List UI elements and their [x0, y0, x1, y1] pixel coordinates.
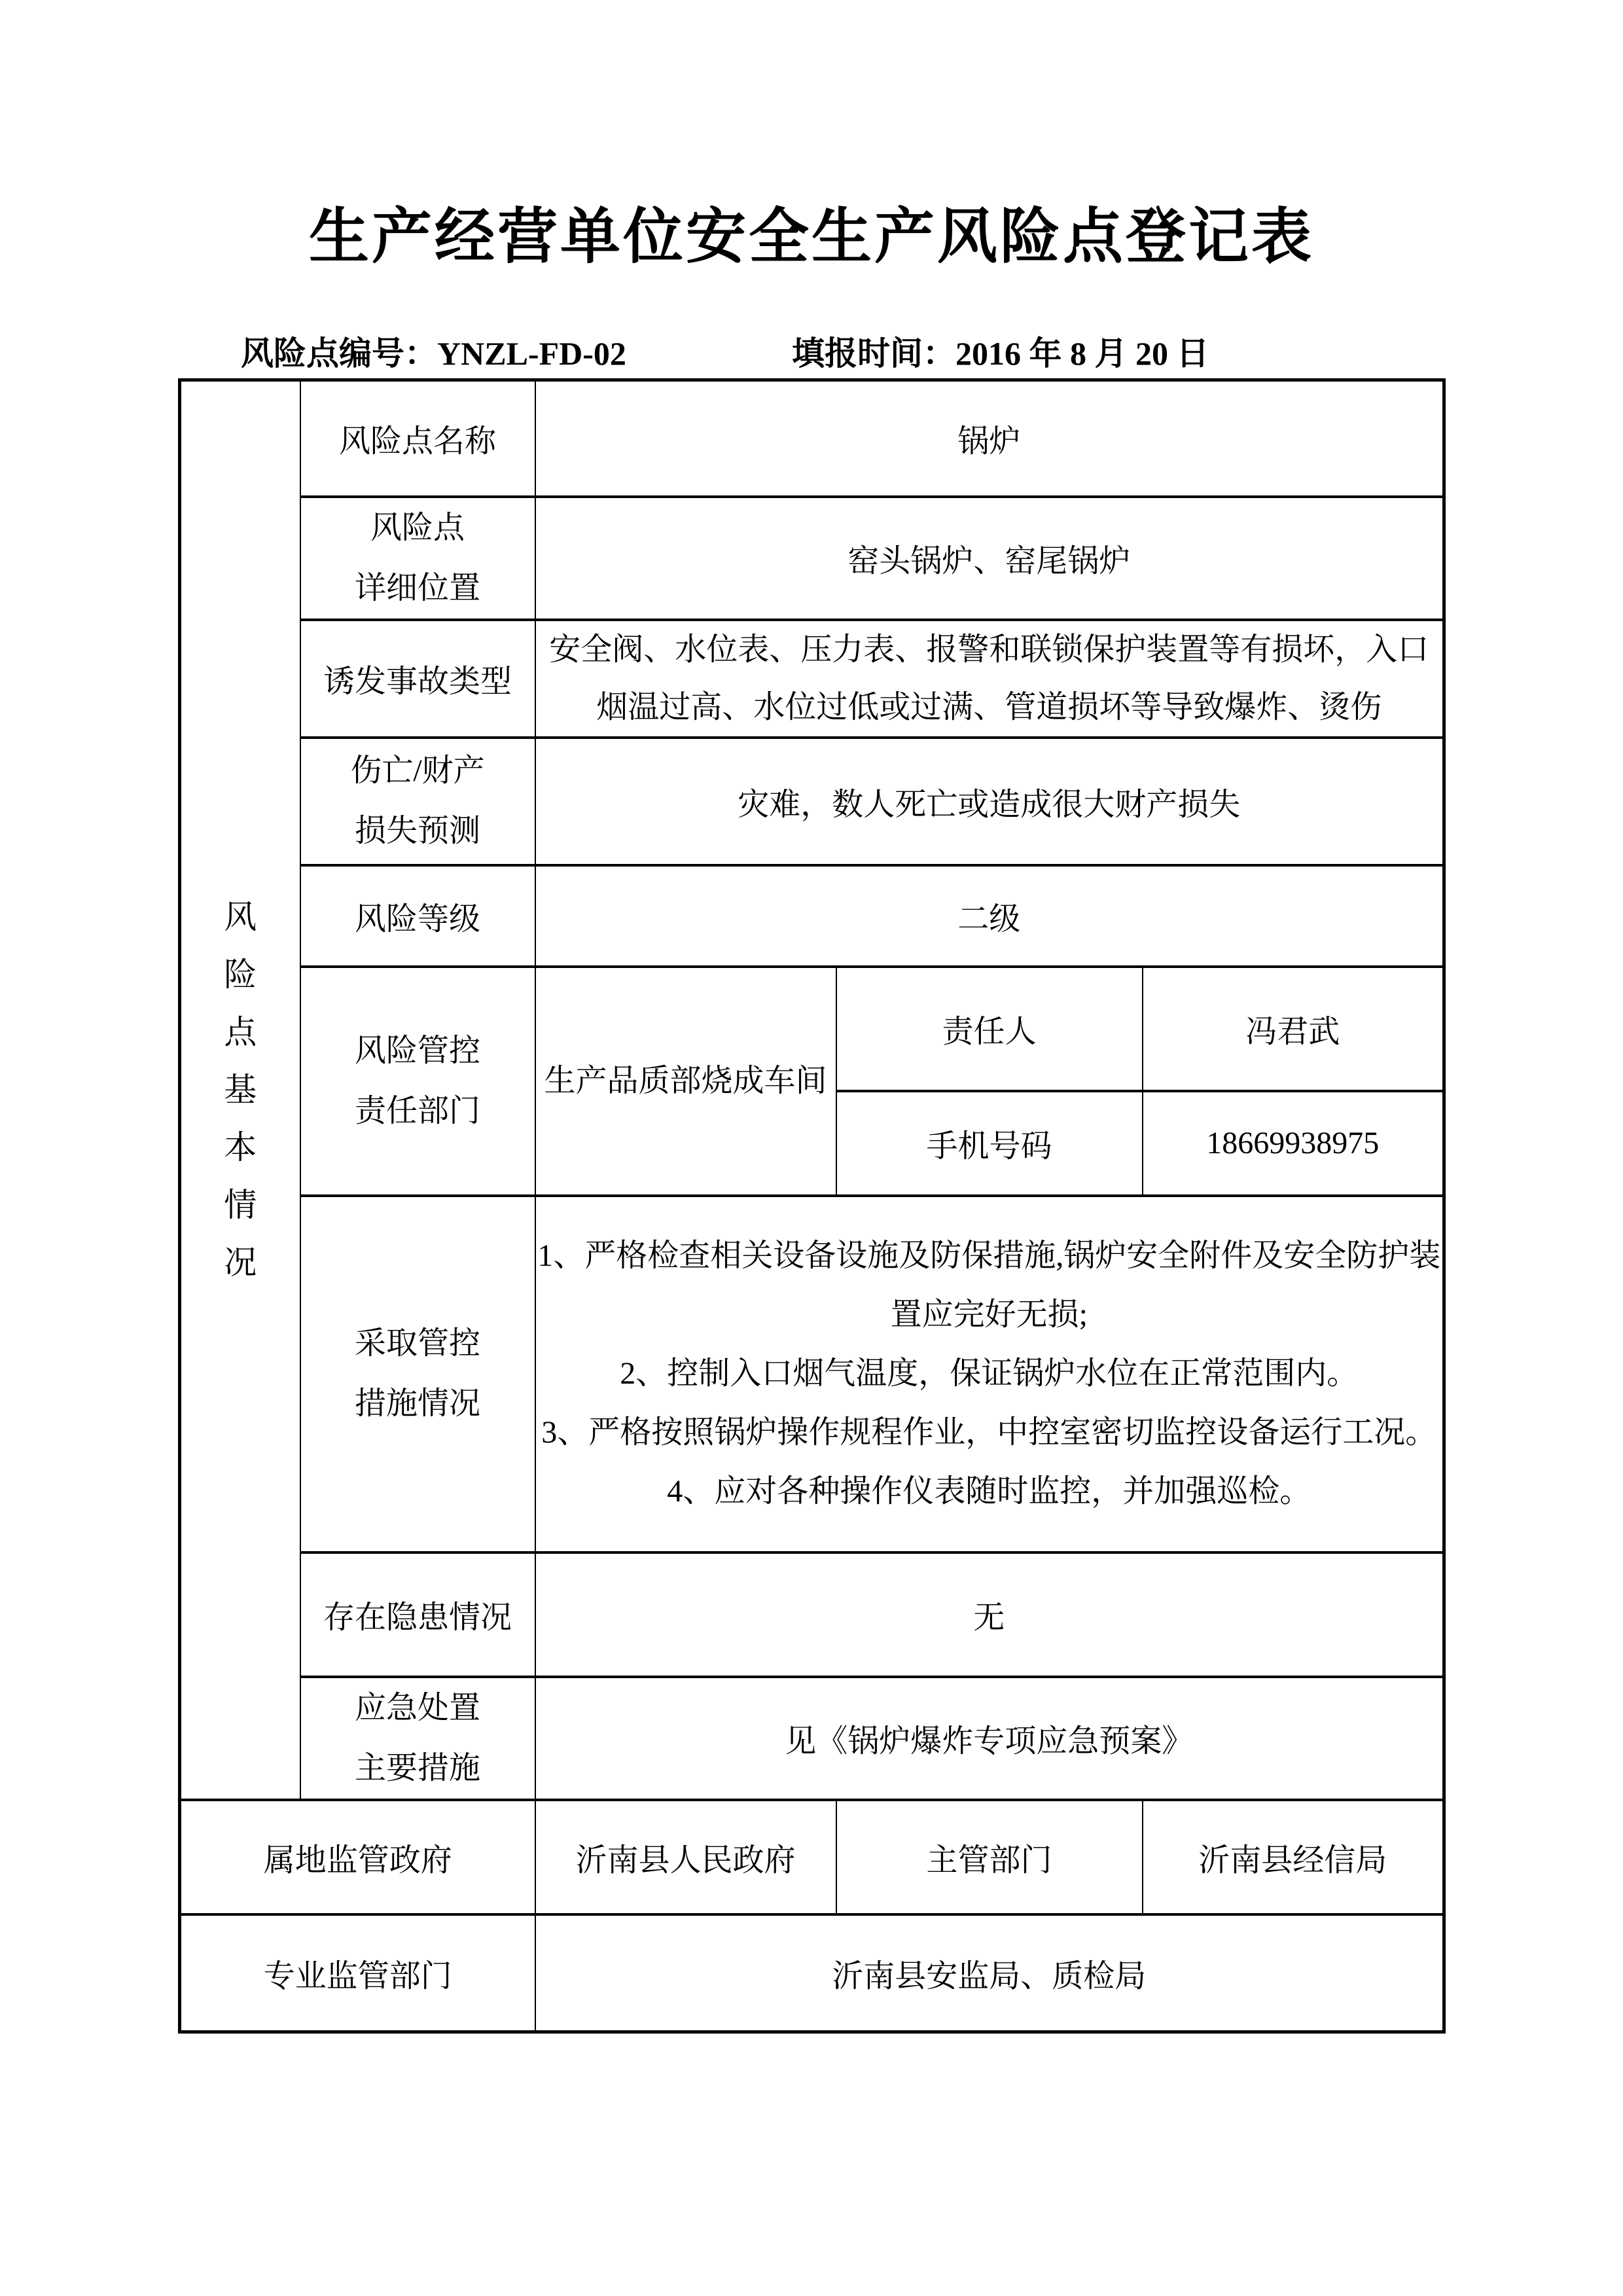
risk-point-number: 风险点编号：YNZL-FD-02 — [241, 327, 626, 374]
label-accident-type: 诱发事故类型 — [300, 620, 535, 738]
page-title: 生产经营单位安全生产风险点登记表 — [0, 188, 1623, 275]
label-risk-name: 风险点名称 — [300, 380, 535, 497]
label-local-government: 属地监管政府 — [180, 1800, 535, 1914]
value-competent-department: 沂南县经信局 — [1143, 1800, 1444, 1914]
document-page: { "page": { "title": "生产经营单位安全生产风险点登记表",… — [0, 0, 1623, 2296]
value-control-dept: 生产品质部烧成车间 — [535, 967, 836, 1196]
value-professional-regulator: 沂南县安监局、质检局 — [535, 1914, 1444, 2032]
measure-item: 3、严格按照锅炉操作规程作业，中控室密切监控设备运行工况。 — [536, 1403, 1443, 1462]
value-control-measures: 1、严格检查相关设备设施及防保措施,锅炉安全附件及安全防护装置应完好无损; 2、… — [535, 1196, 1444, 1552]
label-existing-hazards: 存在隐患情况 — [300, 1552, 535, 1677]
value-phone-number: 18669938975 — [1143, 1091, 1444, 1196]
label-competent-department: 主管部门 — [836, 1800, 1143, 1914]
measure-item: 1、严格检查相关设备设施及防保措施,锅炉安全附件及安全防护装置应完好无损; — [536, 1227, 1443, 1344]
label-responsible-person: 责任人 — [836, 967, 1143, 1091]
info-line: 风险点编号：YNZL-FD-02 填报时间：2016 年 8 月 20 日 — [0, 327, 1623, 373]
measure-item: 2、控制入口烟气温度，保证锅炉水位在正常范围内。 — [536, 1344, 1443, 1403]
label-control-measures: 采取管控 措施情况 — [300, 1196, 535, 1552]
vertical-section-header-text: 风险点基本情况 — [223, 888, 257, 1291]
measure-item: 4、应对各种操作仪表随时监控，并加强巡检。 — [536, 1462, 1443, 1521]
value-responsible-person: 冯君武 — [1143, 967, 1444, 1091]
value-risk-level: 二级 — [535, 865, 1444, 967]
value-loss-forecast: 灾难，数人死亡或造成很大财产损失 — [535, 738, 1444, 865]
label-risk-level: 风险等级 — [300, 865, 535, 967]
value-local-government: 沂南县人民政府 — [535, 1800, 836, 1914]
label-control-dept: 风险管控 责任部门 — [300, 967, 535, 1196]
risk-registration-table: 风险点基本情况 风险点名称 锅炉 风险点 详细位置 窑头锅炉、窑尾锅炉 诱发事故… — [178, 378, 1446, 2034]
label-emergency-measures: 应急处置 主要措施 — [300, 1677, 535, 1800]
label-risk-location: 风险点 详细位置 — [300, 497, 535, 620]
label-professional-regulator: 专业监管部门 — [180, 1914, 535, 2032]
value-risk-location: 窑头锅炉、窑尾锅炉 — [535, 497, 1444, 620]
value-accident-type: 安全阀、水位表、压力表、报警和联锁保护装置等有损坏，入口烟温过高、水位过低或过满… — [535, 620, 1444, 738]
vertical-section-header: 风险点基本情况 — [180, 380, 300, 1800]
label-loss-forecast: 伤亡/财产 损失预测 — [300, 738, 535, 865]
fill-date: 填报时间：2016 年 8 月 20 日 — [792, 327, 1209, 374]
value-risk-name: 锅炉 — [535, 380, 1444, 497]
value-emergency-measures: 见《锅炉爆炸专项应急预案》 — [535, 1677, 1444, 1800]
value-existing-hazards: 无 — [535, 1552, 1444, 1677]
label-phone-number: 手机号码 — [836, 1091, 1143, 1196]
